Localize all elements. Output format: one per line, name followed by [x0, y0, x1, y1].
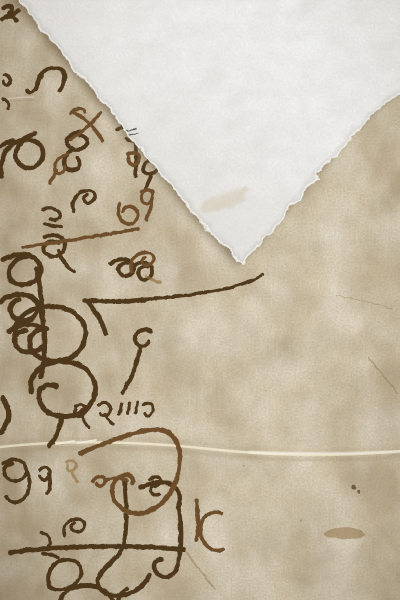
vignette [0, 0, 400, 600]
photo-canvas [0, 0, 400, 600]
photo-scene [0, 0, 400, 600]
